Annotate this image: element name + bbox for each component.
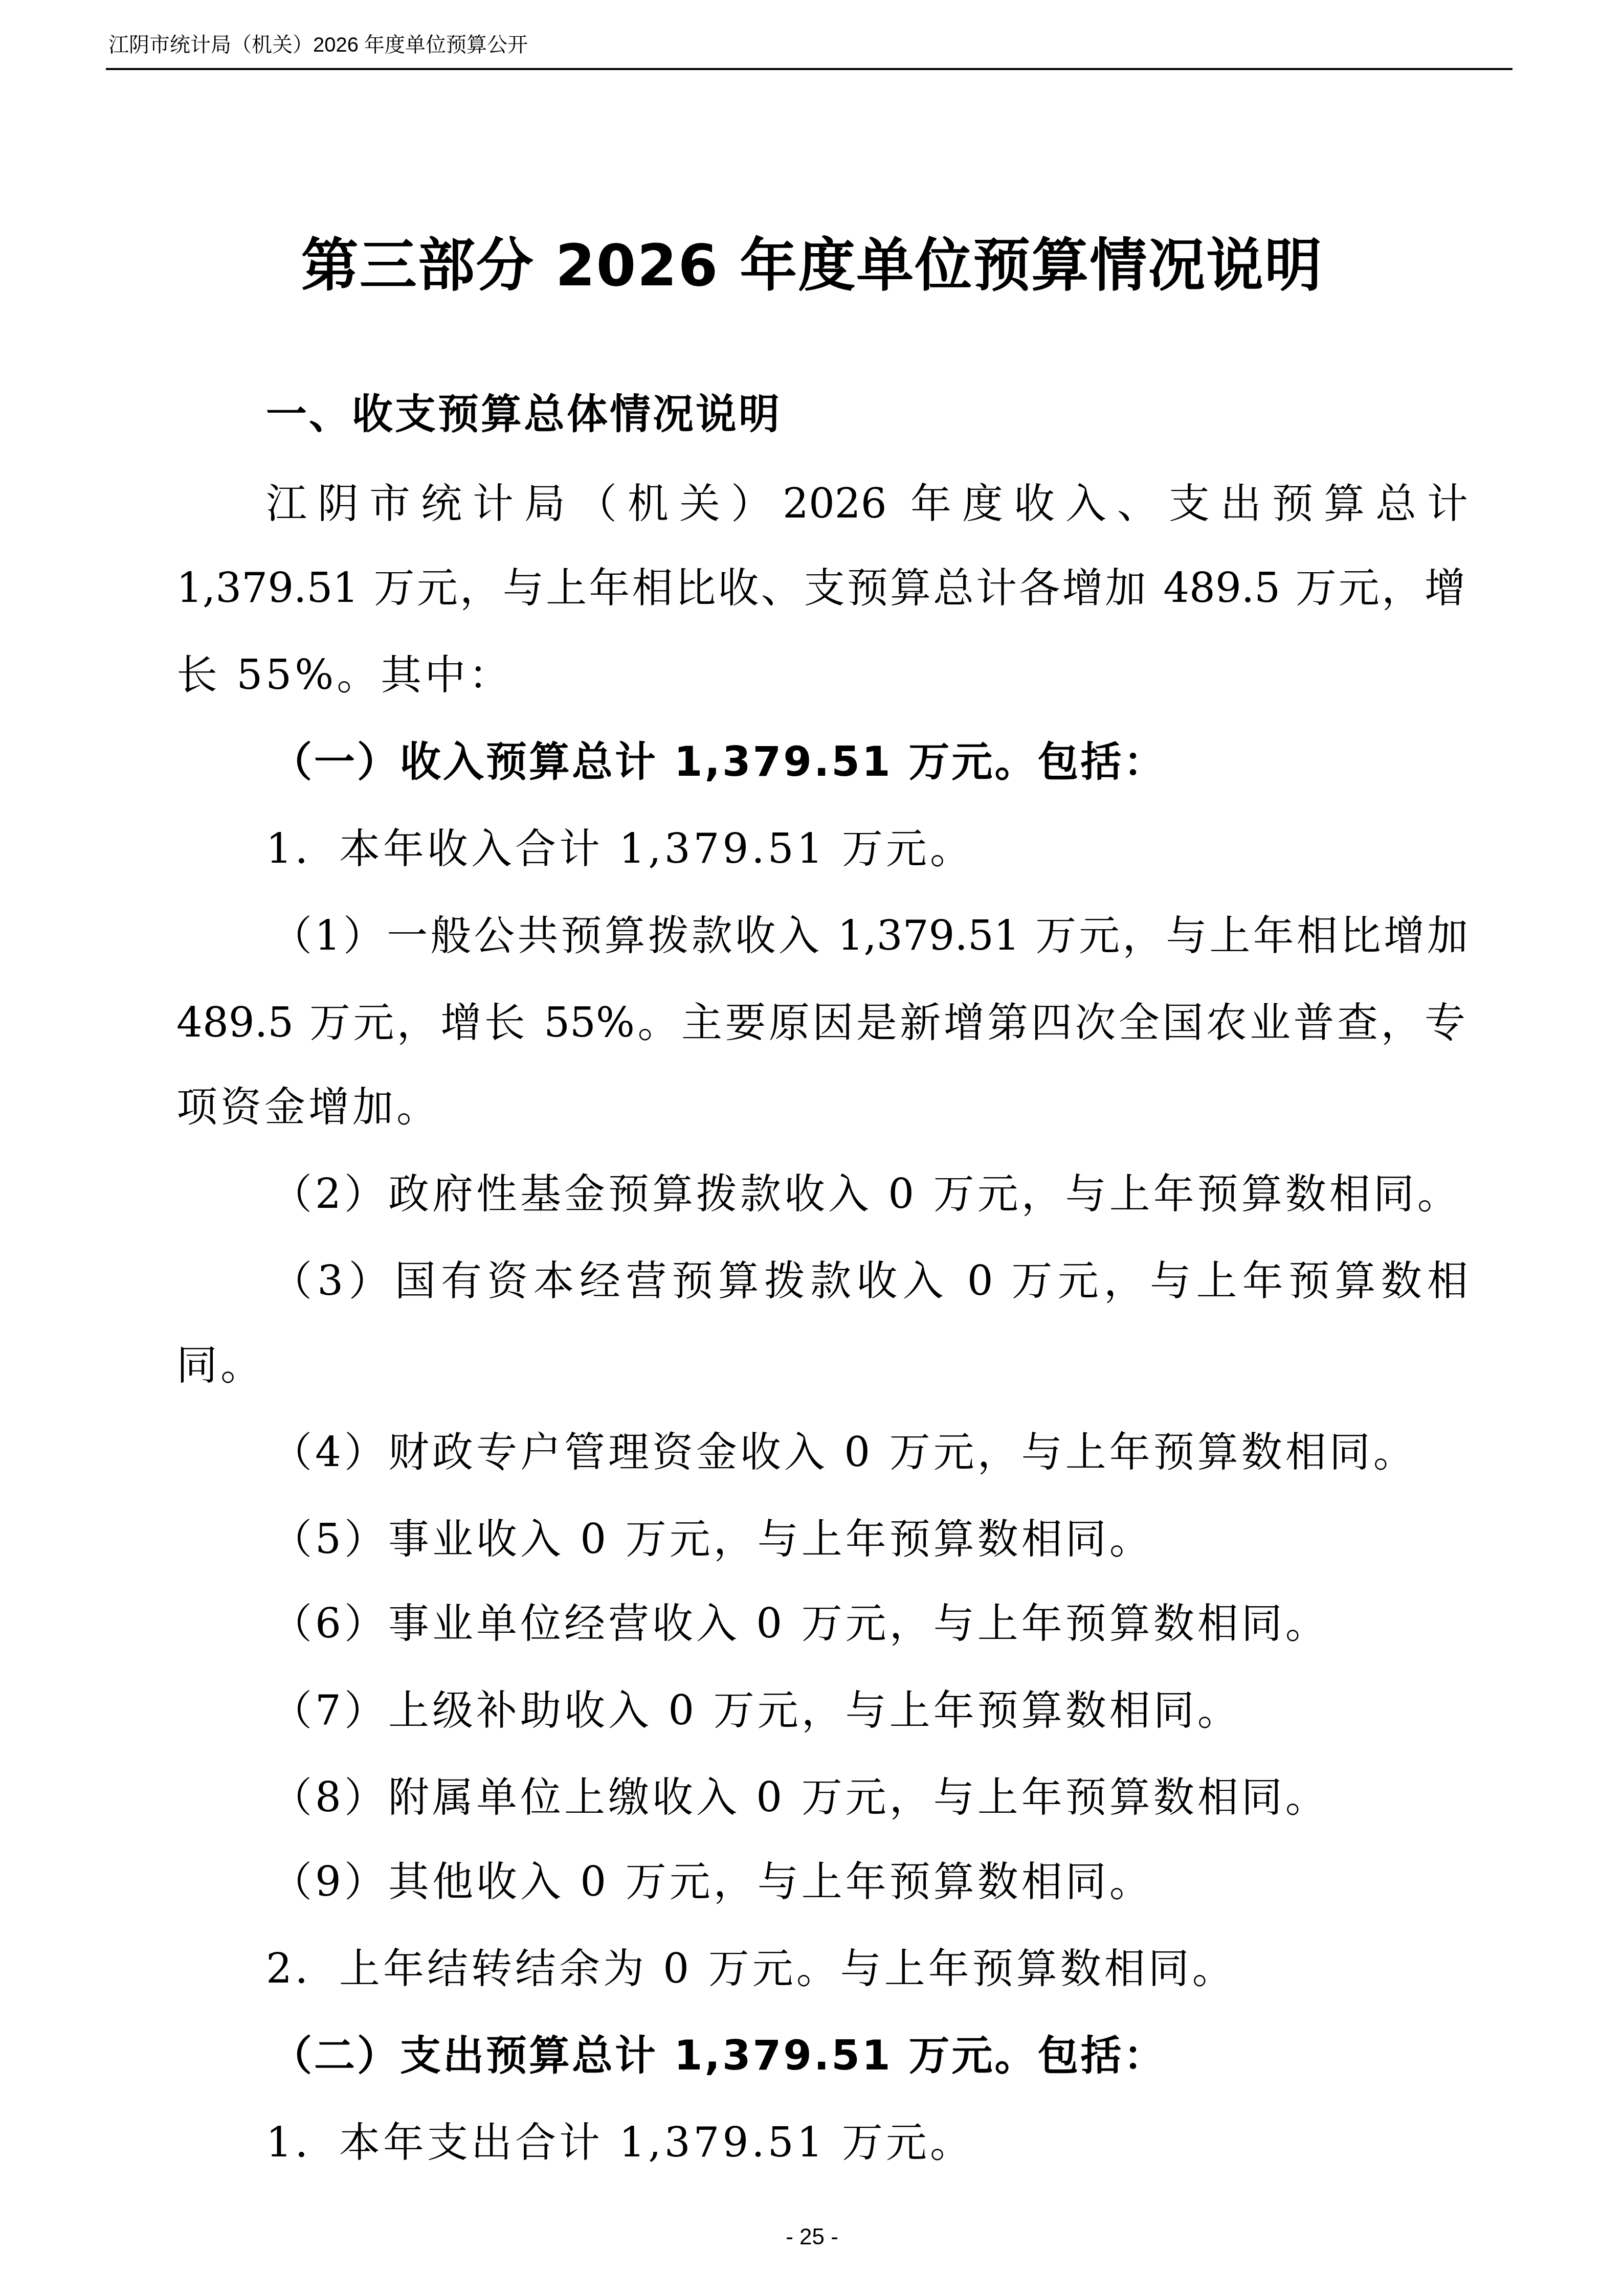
income-sub-1-line-1: （1）一般公共预算拨款收入 1,379.51 万元，与上年相比增加 — [271, 910, 1468, 961]
income-sub-3-line-2: 同。 — [176, 1340, 264, 1391]
section-heading: 一、收支预算总体情况说明 — [266, 389, 782, 440]
expenditure-heading: （二）支出预算总计 1,379.51 万元。包括： — [271, 2030, 1166, 2081]
intro-line-1: 江阴市统计局（机关）2026 年度收入、支出预算总计 — [266, 478, 1468, 529]
income-sub-8: （8）附属单位上缴收入 0 万元，与上年预算数相同。 — [271, 1772, 1329, 1823]
part-title: 第三部分 2026 年度单位预算情况说明 — [0, 233, 1624, 299]
income-sub-7: （7）上级补助收入 0 万元，与上年预算数相同。 — [271, 1685, 1241, 1736]
income-item-1: 1．本年收入合计 1,379.51 万元。 — [266, 823, 974, 874]
income-heading: （一）收入预算总计 1,379.51 万元。包括： — [271, 736, 1166, 787]
running-header-title: 江阴市统计局（机关）2026 年度单位预算公开 — [108, 30, 528, 60]
income-sub-3-line-1: （3）国有资本经营预算拨款收入 0 万元，与上年预算数相 — [271, 1255, 1468, 1307]
income-sub-2: （2）政府性基金预算拨款收入 0 万元，与上年预算数相同。 — [271, 1168, 1461, 1220]
income-item-2: 2．上年结转结余为 0 万元。与上年预算数相同。 — [266, 1943, 1236, 1994]
income-sub-9: （9）其他收入 0 万元，与上年预算数相同。 — [271, 1856, 1153, 1907]
income-sub-5: （5）事业收入 0 万元，与上年预算数相同。 — [271, 1514, 1153, 1565]
page-number: - 25 - — [0, 2222, 1624, 2253]
income-sub-1-line-3: 项资金增加。 — [176, 1082, 440, 1133]
header-divider — [106, 68, 1512, 70]
intro-line-2: 1,379.51 万元，与上年相比收、支预算总计各增加 489.5 万元，增 — [176, 562, 1465, 614]
intro-line-3: 长 55%。其中： — [176, 649, 513, 701]
expenditure-item-1: 1．本年支出合计 1,379.51 万元。 — [266, 2117, 974, 2168]
income-sub-6: （6）事业单位经营收入 0 万元，与上年预算数相同。 — [271, 1598, 1329, 1649]
income-sub-1-line-2: 489.5 万元，增长 55%。主要原因是新增第四次全国农业普查，专 — [176, 997, 1465, 1048]
income-sub-4: （4）财政专户管理资金收入 0 万元，与上年预算数相同。 — [271, 1427, 1417, 1478]
